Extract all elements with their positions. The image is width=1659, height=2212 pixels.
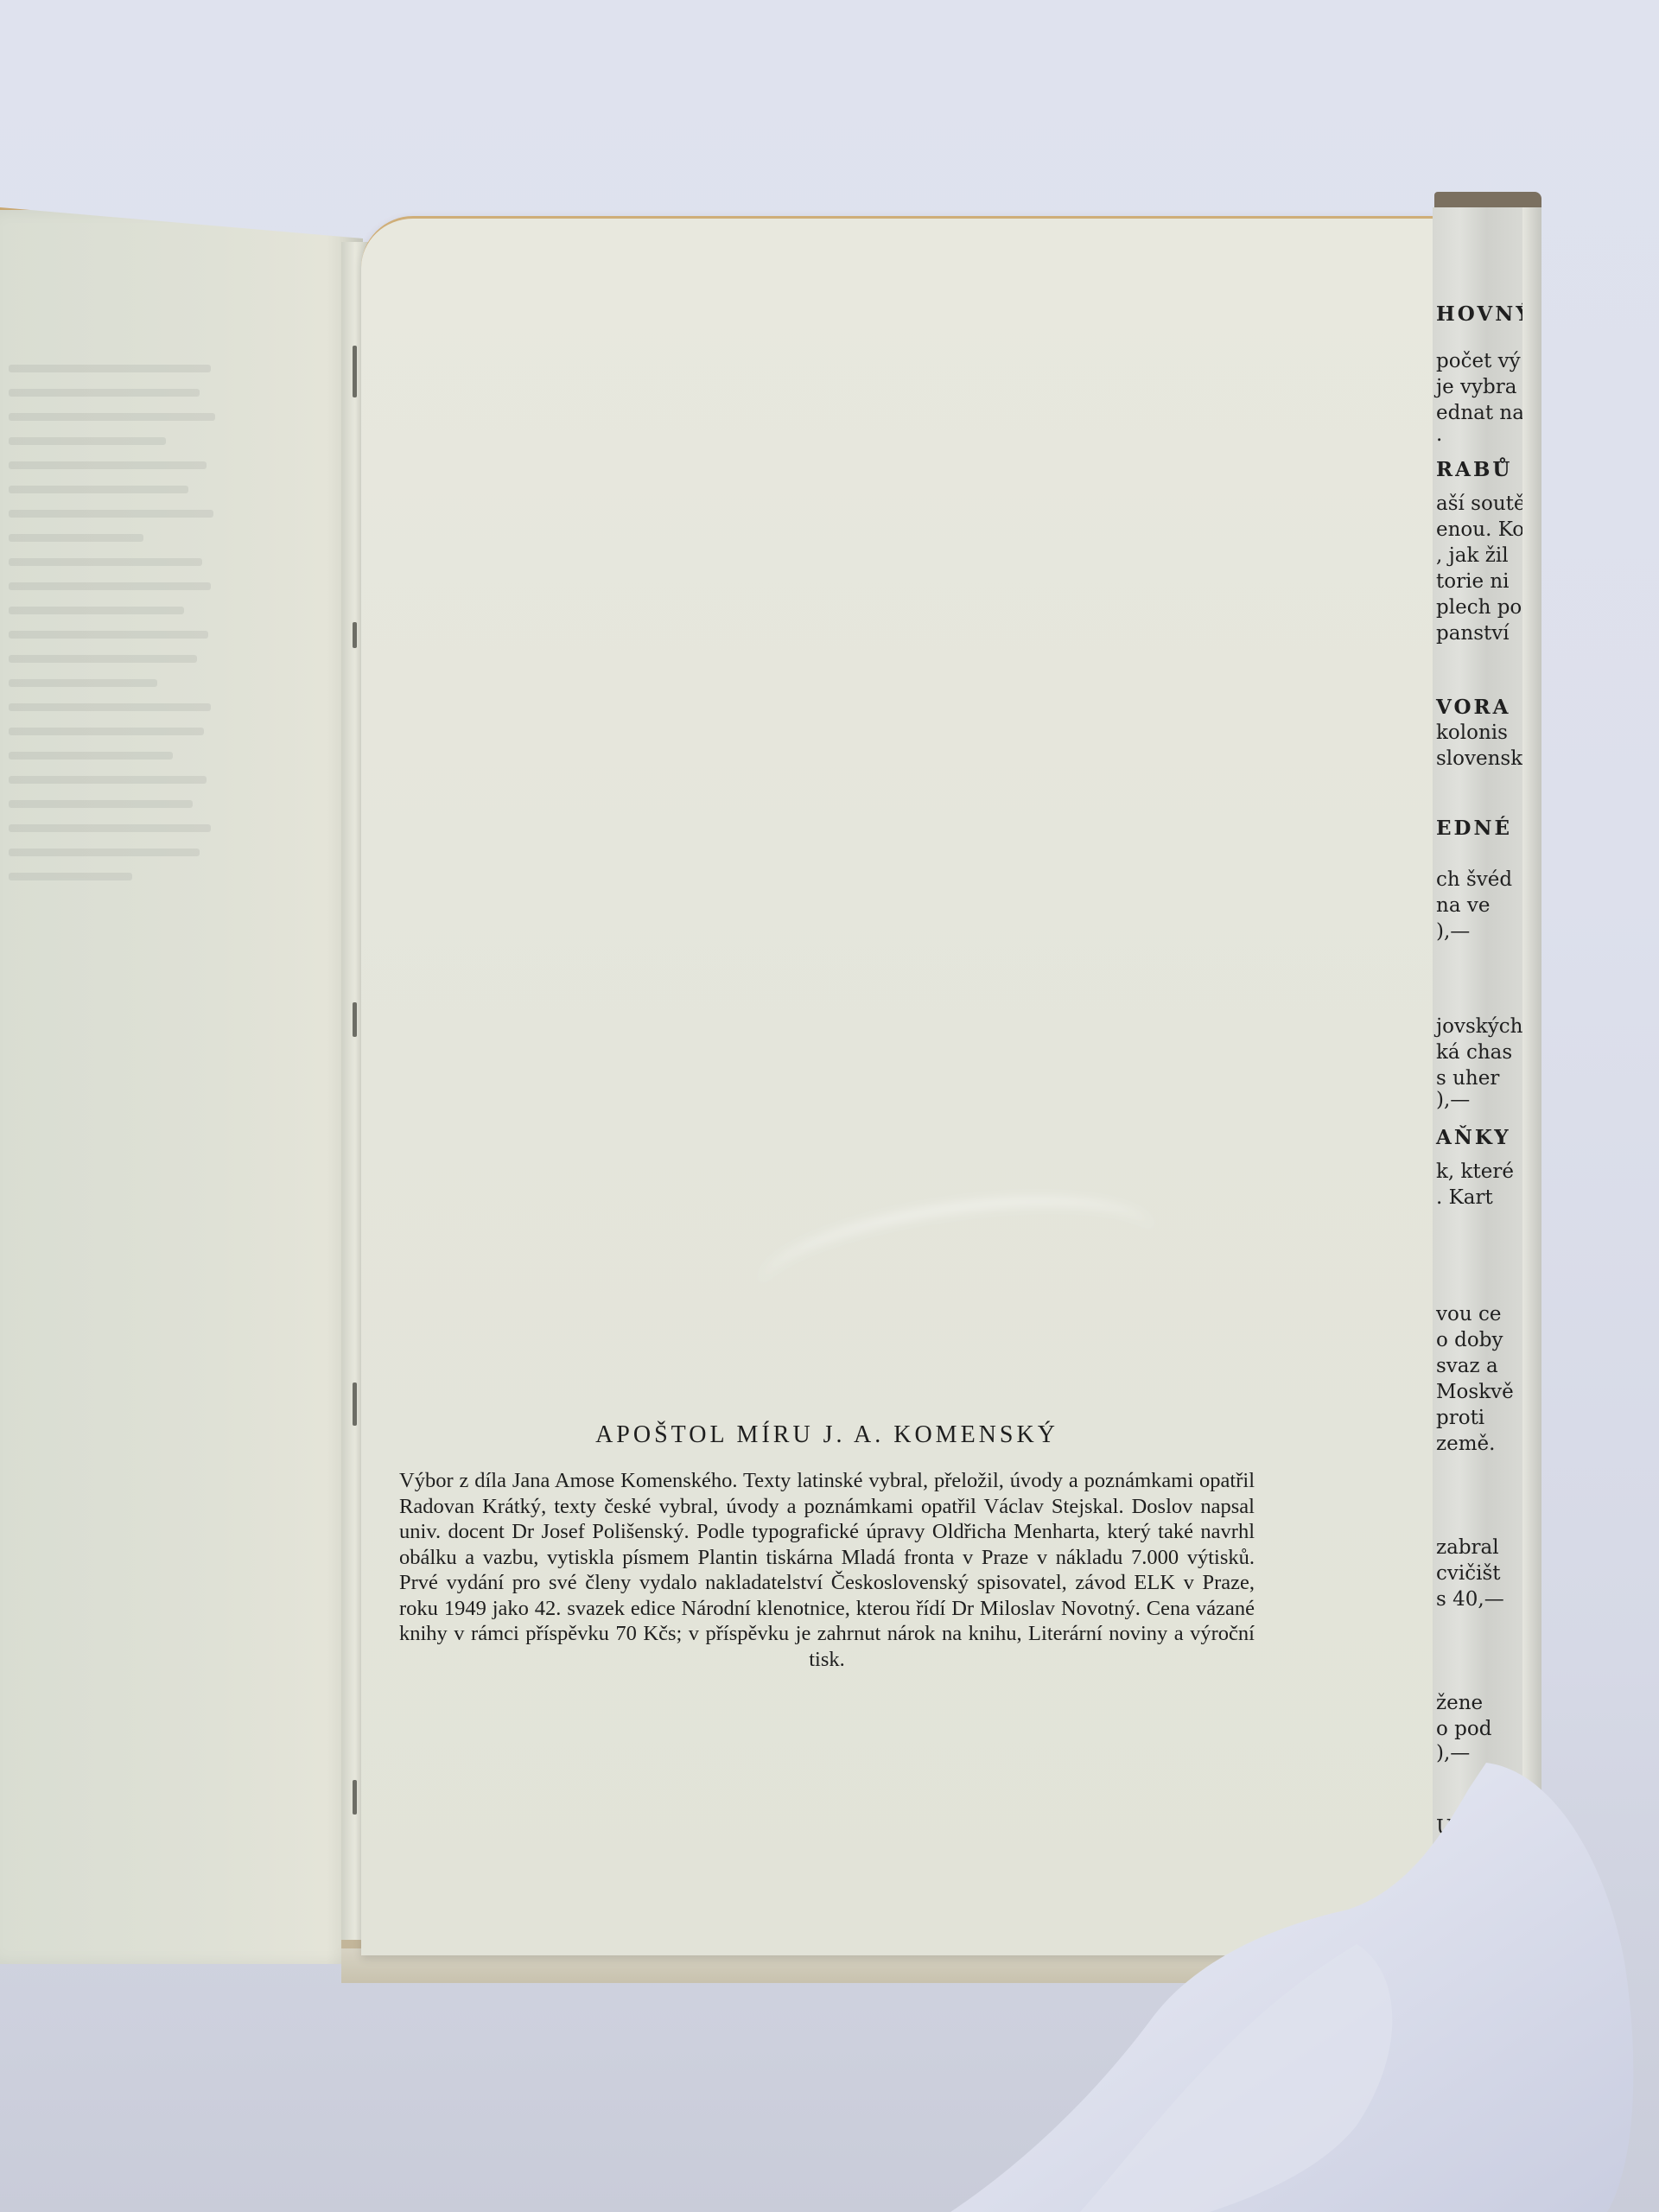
jacket-flap-line: ),— [1436,920,1470,943]
jacket-flap-line: proti [1436,1407,1484,1429]
jacket-flap-line: vou ce [1436,1303,1501,1325]
jacket-flap-line: ),— [1436,1089,1470,1111]
jacket-flap-line: země. [1436,1433,1495,1455]
white-glove-hand [950,1763,1659,2212]
jacket-flap-line: EDNÉ [1436,817,1512,840]
jacket-flap-line: počet vý [1436,350,1521,372]
jacket-flap-line: aší soutě [1436,493,1524,515]
jacket-flap-line: svaz a [1436,1355,1498,1377]
jacket-flap-line: ch švéd [1436,868,1512,891]
jacket-flap-line: na ve [1436,894,1490,917]
binding-stitch [353,346,357,397]
jacket-flap-line: ednat na [1436,402,1524,424]
jacket-flap-line: k, které [1436,1160,1514,1183]
jacket-flap-line: ká chas [1436,1041,1512,1064]
jacket-flap-line: ),— [1436,1742,1470,1764]
jacket-flap-line: s 40,— [1436,1588,1504,1611]
jacket-flap-line: VORA [1436,696,1510,719]
jacket-flap-line: jovských [1436,1015,1522,1038]
jacket-flap-line: . [1436,423,1442,446]
jacket-flap-line: zabral [1436,1536,1499,1559]
jacket-flap-line: o doby [1436,1329,1503,1351]
dust-jacket-flap: HOVNÝpočet vý je vybraednat na.RABŮaší s… [1433,207,1524,1953]
jacket-flap-line: je vybra [1436,376,1516,398]
jacket-flap-line: s uher [1436,1067,1499,1090]
jacket-flap-line: HOVNÝ [1436,302,1524,326]
binding-stitch [353,1002,357,1037]
colophon-title: APOŠTOL MÍRU J. A. KOMENSKÝ [399,1421,1255,1449]
jacket-flap-line: plech po [1436,596,1522,619]
jacket-flap-line: Moskvě [1436,1381,1514,1403]
binding-stitch [353,1382,357,1426]
jacket-flap-line: RABŮ [1436,458,1512,481]
right-page [361,216,1441,1955]
colophon-body: Výbor z díla Jana Amose Komenského. Text… [399,1468,1255,1672]
jacket-flap-line: slovenské [1436,747,1524,770]
jacket-edge [1522,207,1541,1918]
jacket-flap-line: cvičišt [1436,1562,1501,1585]
jacket-flap-line: torie ni [1436,570,1510,593]
binding-stitch [353,1780,357,1815]
jacket-flap-line: žene [1436,1692,1483,1714]
jacket-flap-line: , jak žil [1436,544,1509,567]
bleed-through-text [9,348,233,1990]
jacket-flap-line: enou. Ko [1436,518,1524,541]
left-page [0,207,363,1964]
jacket-flap-line: panství [1436,622,1510,645]
jacket-flap-line: . Kart [1436,1186,1493,1209]
jacket-flap-line: o pod [1436,1718,1491,1740]
jacket-flap-line: kolonis [1436,721,1508,744]
binding-stitch [353,622,357,648]
paper-crease [753,1177,1162,1344]
colophon: APOŠTOL MÍRU J. A. KOMENSKÝ Výbor z díla… [399,1421,1255,1672]
jacket-flap-line: AŇKY [1436,1126,1511,1149]
